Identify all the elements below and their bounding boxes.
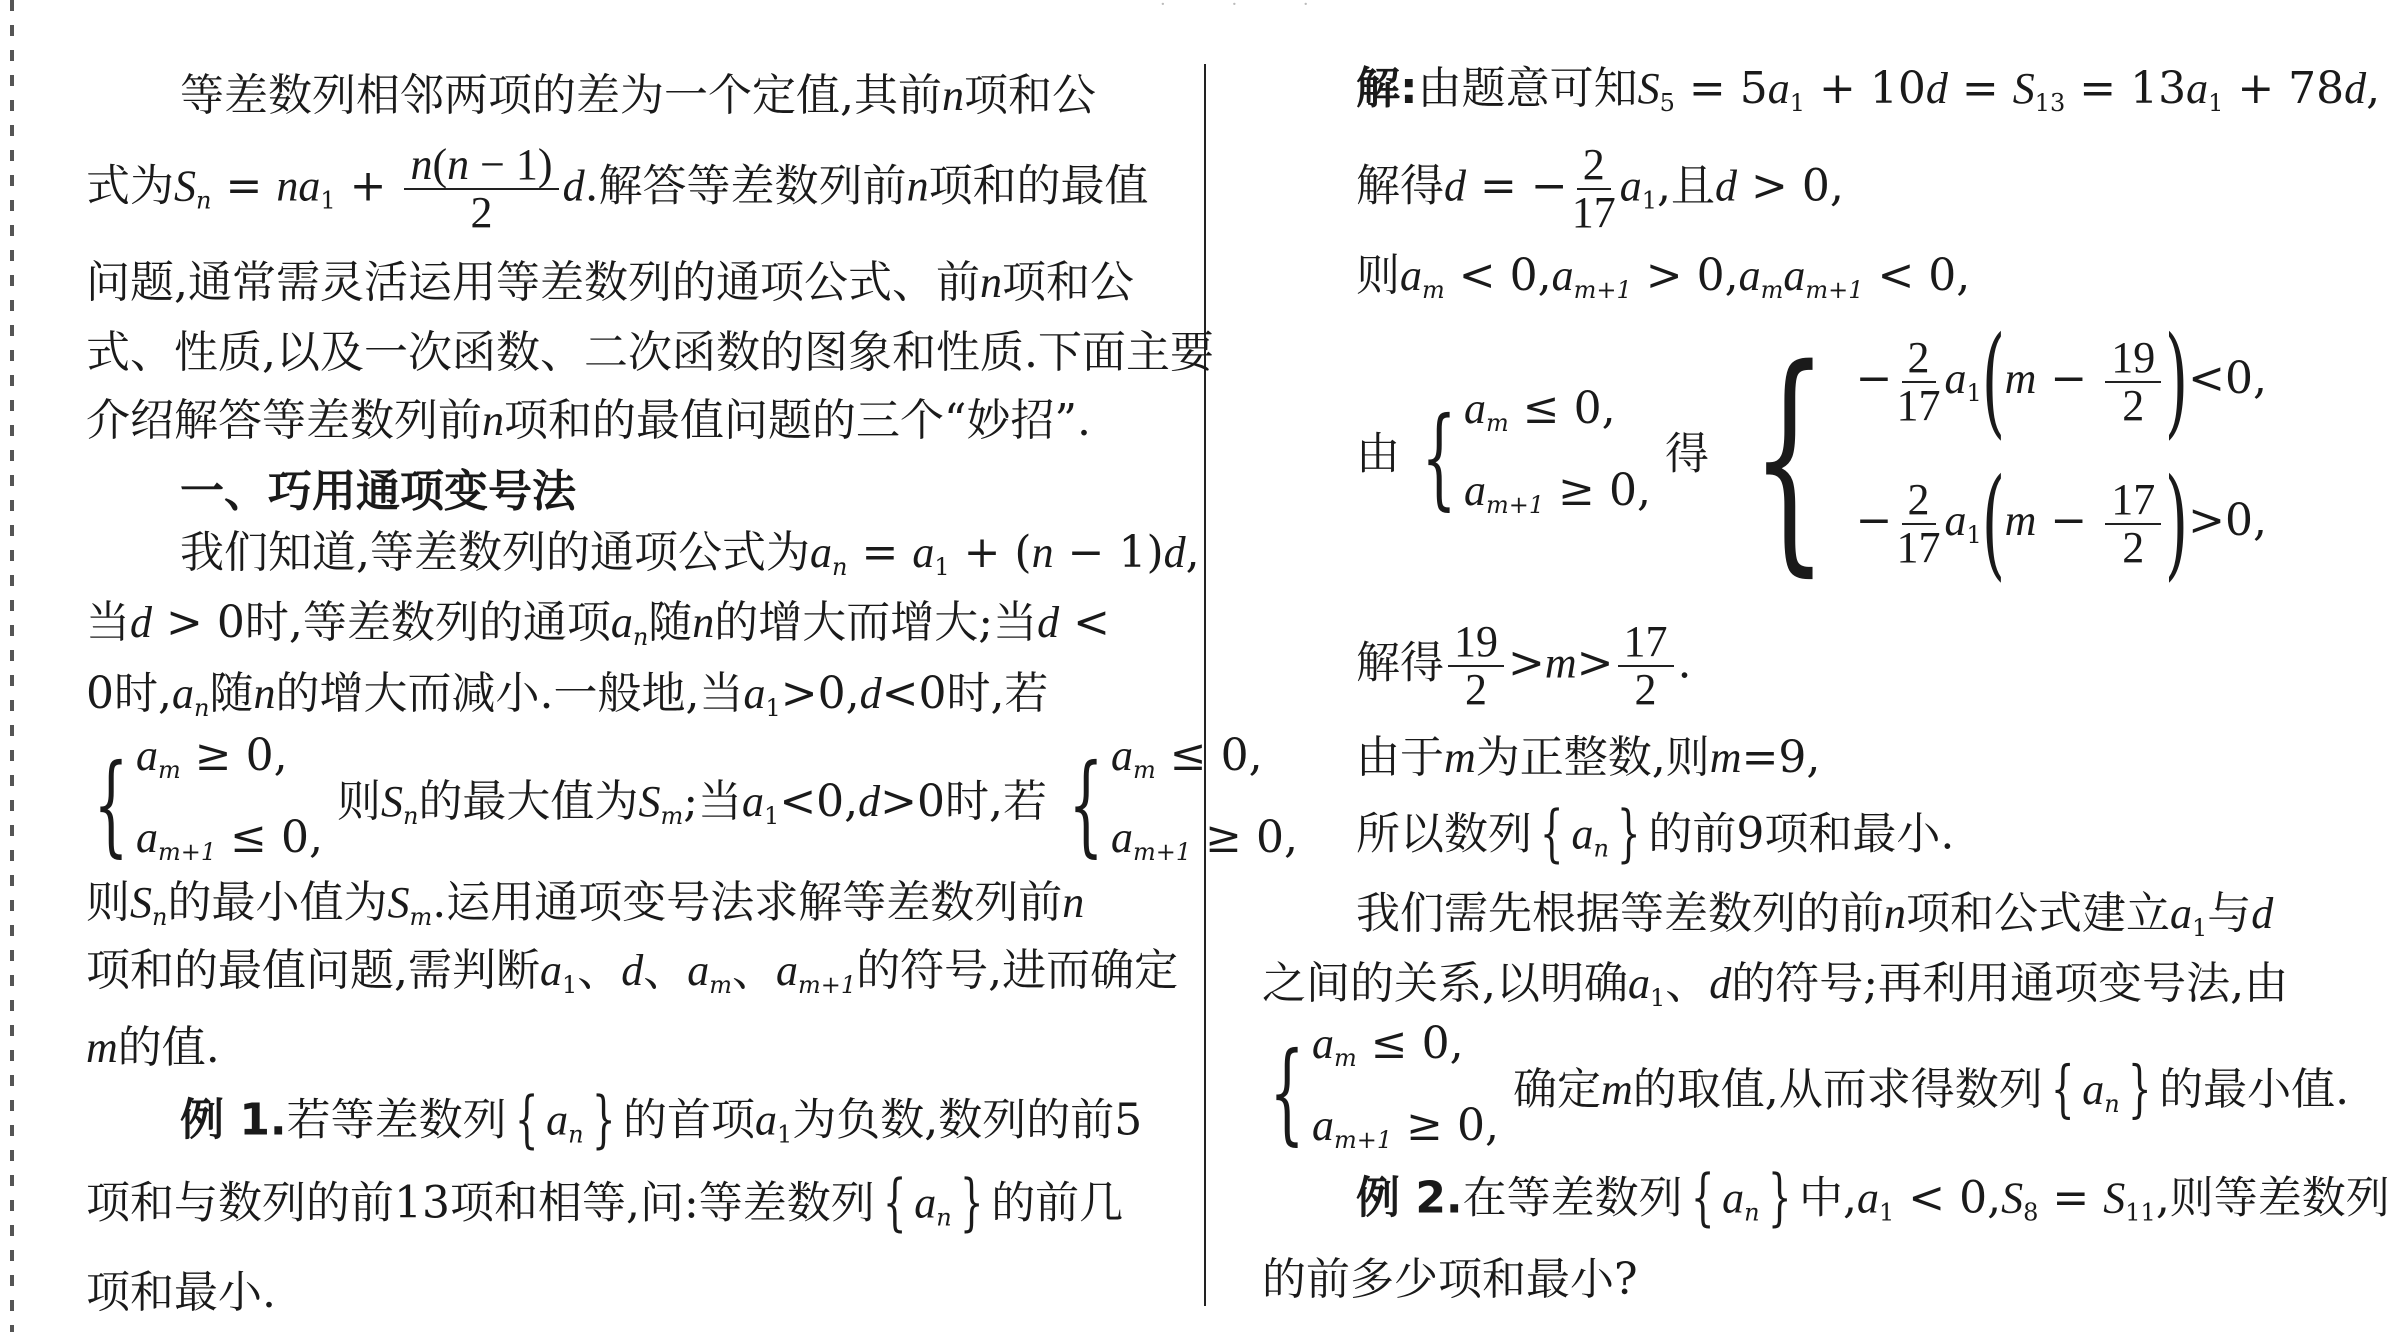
solution-line-1: 解:由题意可知S5 = 5a1 + 10d = S13 = 13a1 + 78d…: [1262, 63, 2399, 129]
solution-label: 解:: [1356, 63, 1418, 114]
intro-line-1: 等差数列相邻两项的差为一个定值,其前n项和公: [86, 70, 1270, 122]
example-1-line-2: 项和与数列的前13项和相等,问:等差数列{an}的前几: [86, 1177, 1176, 1244]
example-2-line-1: 例 2.在等差数列{an}中,a1 < 0,S8 = S11,则等差数列: [1262, 1172, 2399, 1239]
cases-result: { −217a1(m − 192)<0, −217a1(m − 172)>0,: [1723, 315, 2267, 599]
cases-max: { am ≥ 0,am+1 ≤ 0,: [86, 722, 323, 886]
solution-line-7: 所以数列{an}的前9项和最小.: [1262, 808, 2399, 875]
fraction-2-over-17: 217: [1572, 142, 1616, 236]
cases-condition: { am ≤ 0,am+1 ≥ 0,: [1414, 375, 1651, 539]
summary-line-1: 我们需先根据等差数列的前n项和公式建立a1与d: [1262, 888, 2399, 954]
example-2-line-2: 的前多少项和最小?: [1262, 1254, 2372, 1306]
example-1-line-3: 项和最小.: [86, 1267, 1176, 1319]
example-1-label: 例 1.: [180, 1095, 287, 1146]
body-line-6: 项和的最值问题,需判断a1、d、am、am+1的符号,进而确定: [86, 945, 1176, 1011]
intro-line-5: 介绍解答等差数列前n项和的最值问题的三个“妙招”.: [86, 395, 1176, 447]
intro-line-2: 式为Sn = na1 + n(n − 1)2d.解答等差数列前n项和的最值: [86, 142, 1176, 236]
intro-line-4: 式、性质,以及一次函数、二次函数的图象和性质.下面主要: [86, 327, 1176, 379]
example-1-line-1: 例 1.若等差数列{an}的首项a1为负数,数列的前5: [86, 1094, 1270, 1161]
body-line-2: 当d > 0时,等差数列的通项an随n的增大而增大;当d <: [86, 597, 1176, 663]
page-cut-line: [10, 0, 14, 1332]
body-line-7: m的值.: [86, 1022, 1176, 1074]
body-line-1: 我们知道,等差数列的通项公式为an = a1 + (n − 1)d,: [86, 527, 1270, 593]
body-line-4-cases: { am ≥ 0,am+1 ≤ 0, 则Sn的最大值为Sm;当a1<0,d>0时…: [86, 722, 1176, 886]
cases-summary: { am ≤ 0,am+1 ≥ 0,: [1262, 1010, 1499, 1174]
body-line-5: 则Sn的最小值为Sm.运用通项变号法求解等差数列前n: [86, 877, 1176, 943]
intro-line-3: 问题,通常需灵活运用等差数列的通项公式、前n项和公: [86, 257, 1176, 309]
solution-line-6: 由于m为正整数,则m=9,: [1262, 732, 2399, 784]
solution-line-5: 解得192>m>172.: [1262, 619, 2399, 713]
solution-line-4-system: 由 { am ≤ 0,am+1 ≥ 0, 得 { −217a1(m − 192)…: [1262, 315, 2399, 599]
summary-line-3-cases: { am ≤ 0,am+1 ≥ 0, 确定m的取值,从而求得数列{an}的最小值…: [1262, 1010, 2372, 1174]
header-fragment: · · ·: [1160, 0, 1339, 15]
solution-line-2: 解得d = −217a1,且d > 0,: [1262, 142, 2399, 236]
solution-line-3: 则am < 0,am+1 > 0,amam+1 < 0,: [1262, 250, 2399, 316]
fraction-n-n-1-over-2: n(n − 1)2: [404, 142, 558, 236]
section-heading: 一、巧用通项变号法: [86, 466, 1270, 518]
example-2-label: 例 2.: [1356, 1173, 1463, 1224]
